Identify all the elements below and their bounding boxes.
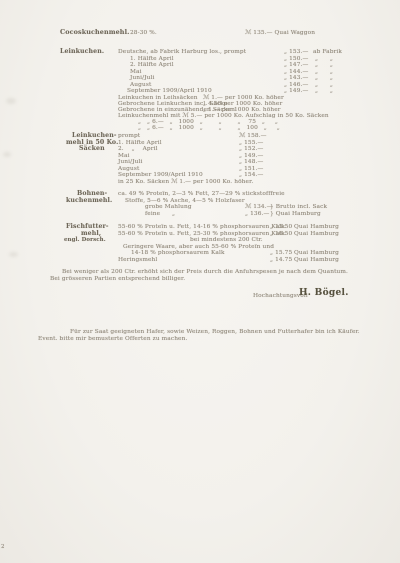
row-desc: 1. Hälfte April — [130, 56, 174, 62]
row-note: Quai Hamburg — [294, 250, 339, 256]
section-footnote: in 25 Ko. Säcken ℳ 1.— per 1000 Ko. höhe… — [118, 179, 253, 185]
row-note: „ „ — [315, 75, 333, 81]
row-price: „ 150.— — [284, 56, 308, 62]
row-desc: August — [130, 82, 151, 88]
section-label-fischfuttermehl: engl. Dorsch. — [64, 237, 106, 243]
section-label-fischfuttermehl: mehl, — [81, 231, 101, 237]
row-price: „ 15.75 — [270, 250, 292, 256]
row-price: „ 152.— — [239, 146, 263, 152]
section-label-bohnenkuchenmehl: kuchenmehl. — [66, 198, 112, 204]
row-price: „ 154.— — [239, 172, 263, 178]
row-note: } Quai Hamburg — [270, 211, 321, 217]
page-number: 2 — [1, 544, 5, 550]
row-desc: Mai — [130, 69, 142, 75]
row-note: Quai Hamburg — [294, 224, 339, 230]
section-label-cocoskuchenmehl: Cocoskuchenmehl. — [60, 29, 129, 35]
scan-smudge — [9, 252, 18, 257]
row-desc: 1. Hälfte April — [118, 140, 162, 146]
row-desc: September 1909/April 1910 — [127, 88, 212, 94]
row-price: „ 151.— — [239, 166, 263, 172]
spec-line: ca. 49 % Proteïn, 2—3 % Fett, 27—29 % st… — [118, 191, 285, 197]
lesser-goods-line: 14-18 % phosphorsaurem Kalk — [131, 250, 225, 256]
postscript-line: Für zur Saat geeigneten Hafer, sowie Wei… — [70, 329, 360, 335]
cocos-price: ℳ 135.— Quai Waggon — [245, 30, 315, 36]
signature: H. Bögel. — [299, 290, 349, 296]
row-note: ab Fabrik — [313, 49, 342, 55]
row-price: „ 149.— — [284, 88, 308, 94]
row-note: Quai Hamburg — [294, 257, 339, 263]
row-note: „ „ — [315, 69, 333, 75]
row-desc: August — [118, 166, 139, 172]
lesser-goods-line: Geringere Waare, aber auch 55-60 % Prote… — [123, 244, 274, 250]
row-desc: Deutsche, ab Fabrik Harburg los., prompt — [118, 49, 246, 55]
cocos-detail: 28-30 %. — [130, 30, 157, 36]
spec-line: Stoffe, 5—6 % Asche, 4—5 % Holzfaser — [125, 198, 245, 204]
row-price: „ 148.— — [239, 159, 263, 165]
minimum-quantity-line: bei mindestens 200 Ctr. — [190, 237, 263, 243]
footer-note-line: Bei weniger als 200 Ctr. erhöht sich der… — [62, 269, 348, 275]
row-desc: Juni/Juli — [130, 75, 154, 81]
row-desc: feine „ — [145, 211, 175, 217]
row-desc: Heringsmehl — [118, 257, 157, 263]
row-desc: prompt — [118, 133, 140, 139]
row-note: „ „ — [315, 88, 333, 94]
row-desc: 55-60 % Proteïn u. Fett, 25-30 % phospho… — [118, 231, 285, 237]
row-desc: 2. Hälfte April — [130, 62, 174, 68]
row-desc: 2. „ April — [118, 146, 158, 152]
row-desc: grobe Mahlung — [145, 204, 192, 210]
row-price: „ 143.— — [284, 75, 308, 81]
row-price: „ 146.— — [284, 82, 308, 88]
row-desc: Mai — [118, 153, 130, 159]
row-price: „ 149.— — [239, 153, 263, 159]
row-price: „ 144.— — [284, 69, 308, 75]
row-price: „ 15.50 — [270, 224, 292, 230]
row-desc: September 1909/April 1910 — [118, 172, 203, 178]
row-price: „ 147.— — [284, 62, 308, 68]
scan-smudge — [6, 98, 16, 104]
row-note: „ „ — [315, 82, 333, 88]
postscript-line: Event. bitte mir bemusterte Offerten zu … — [38, 336, 187, 342]
surcharge-ditto: „ „ 6.— „ 1000 „ „ „ 100 „ „ — [138, 125, 280, 131]
section-label-leinkuchenmehl: Säcken — [79, 146, 105, 152]
row-note: „ „ — [315, 62, 333, 68]
row-price: ℳ 158.— — [239, 133, 267, 139]
row-desc: 55-60 % Proteïn u. Fett, 14-16 % phospho… — [118, 224, 285, 230]
footer-note-line: Bei grösseren Partien entsprechend billi… — [50, 276, 185, 282]
row-price: „ 153.— — [284, 49, 308, 55]
row-price: „ 155.— — [239, 140, 263, 146]
row-price: „ 16.50 — [270, 231, 292, 237]
row-price: ℳ 134.— — [245, 204, 273, 210]
row-price: „ 136.— — [245, 211, 269, 217]
document-page: Cocoskuchenmehl. 28-30 %. ℳ 135.— Quai W… — [0, 0, 400, 563]
scan-smudge — [3, 152, 11, 157]
section-label-leinkuchen: Leinkuchen. — [60, 49, 104, 55]
row-price: „ 14.75 — [270, 257, 292, 263]
row-note: Quai Hamburg — [294, 231, 339, 237]
row-note: } Brutto incl. Sack — [270, 204, 327, 210]
row-desc: Juni/Juli — [118, 159, 142, 165]
row-note: „ „ — [315, 56, 333, 62]
